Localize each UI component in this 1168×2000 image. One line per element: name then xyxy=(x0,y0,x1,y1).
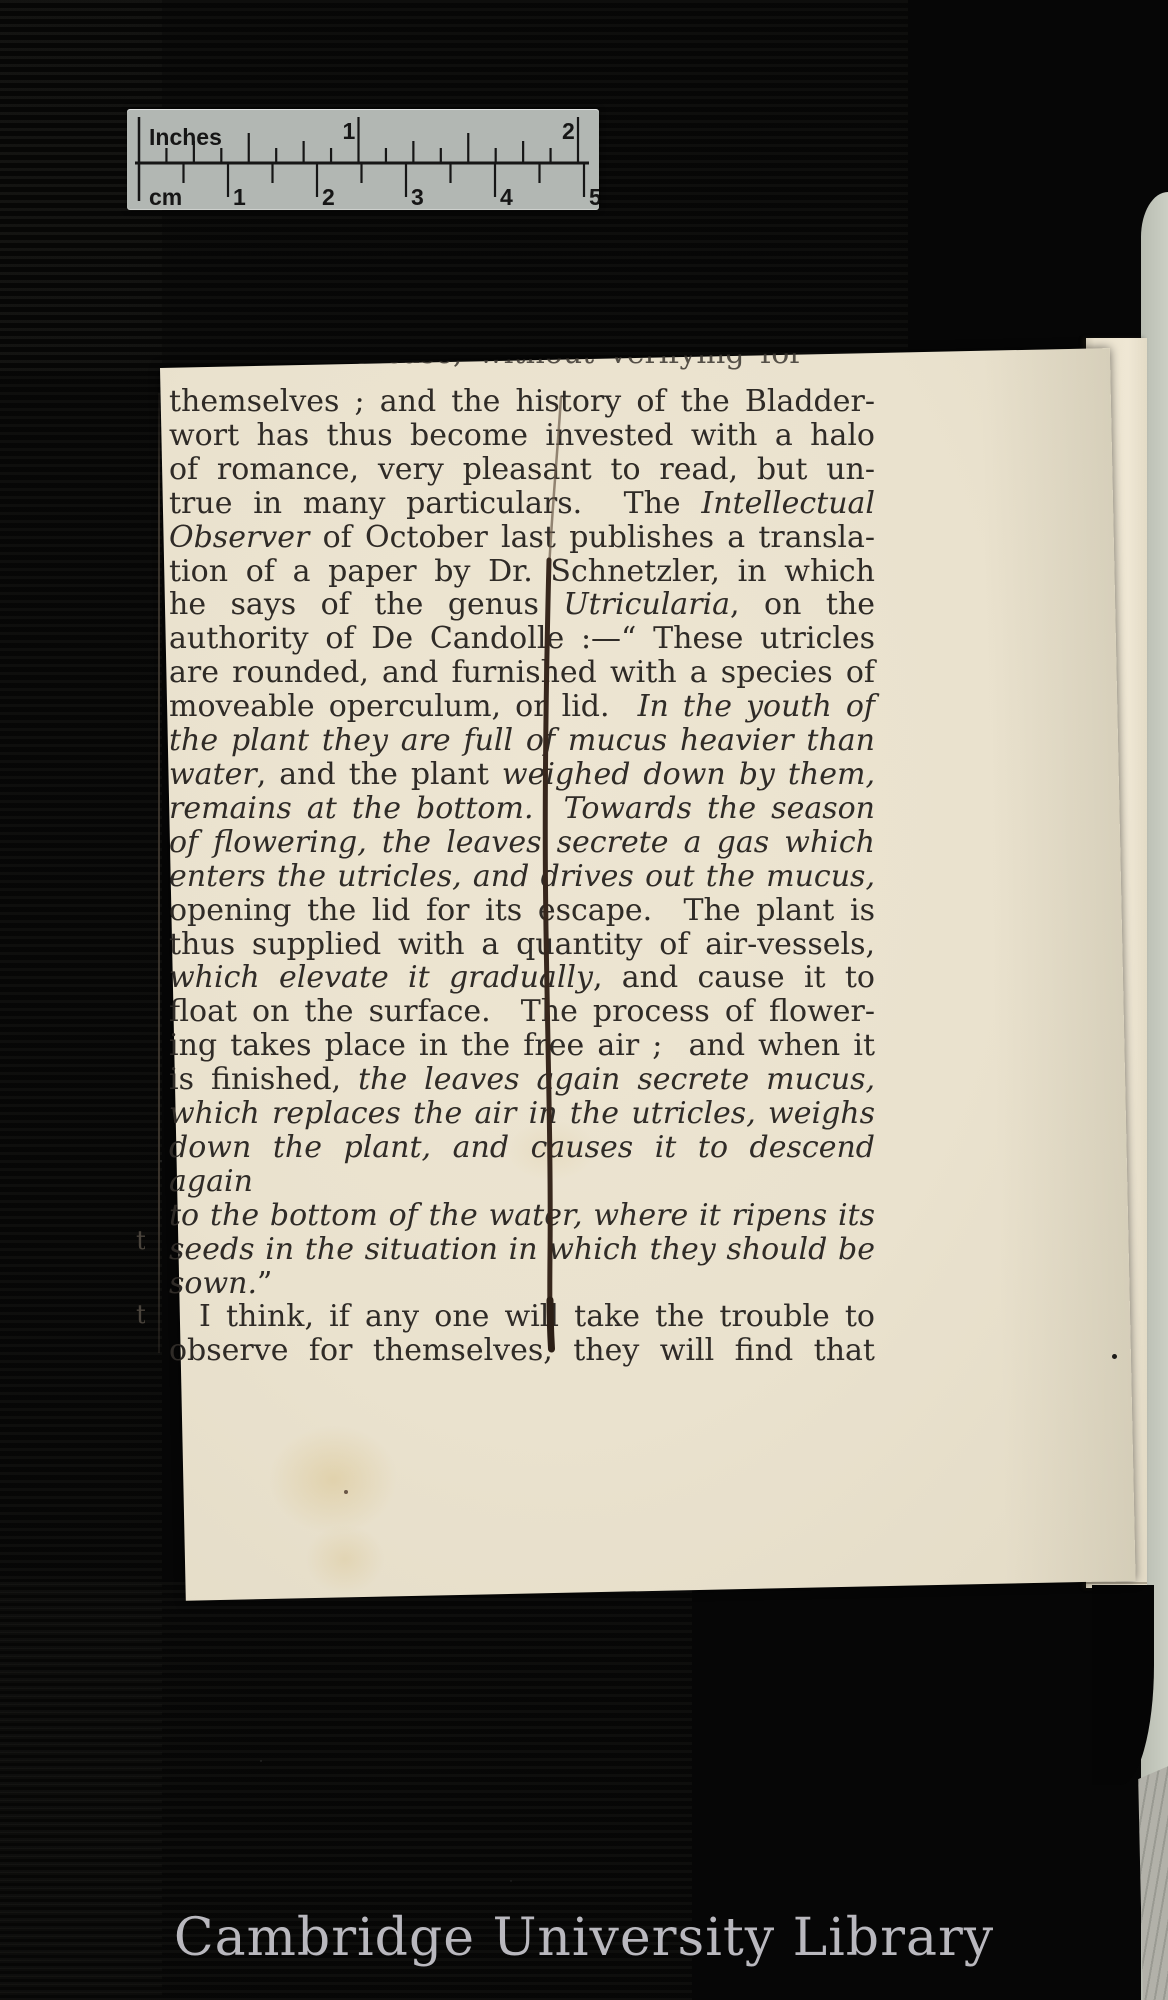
text-line: of flowering, the leaves secrete a gas w… xyxy=(169,826,875,860)
ruler-inches-label: Inches xyxy=(149,124,222,150)
text-line: is finished, the leaves again secrete mu… xyxy=(169,1063,875,1097)
ruler-scale: 1212345 Inches cm xyxy=(127,109,599,210)
text-line: observe for themselves, they will find t… xyxy=(169,1334,875,1368)
svg-text:1: 1 xyxy=(343,118,356,144)
text-line: water, and the plant weighed down by the… xyxy=(169,758,875,792)
text-line: tion of a paper by Dr. Schnetzler, in wh… xyxy=(169,555,875,589)
paper-stain xyxy=(304,1524,385,1596)
text-line: are rounded, and furnished with a specie… xyxy=(169,656,875,690)
text-line: seeds in the situation in which they sho… xyxy=(169,1233,875,1267)
page-right-shading xyxy=(980,348,1136,1583)
svg-text:2: 2 xyxy=(322,184,335,210)
text-line: to the bottom of the water, where it rip… xyxy=(169,1199,875,1233)
stub-seam xyxy=(1086,1582,1147,1584)
text-line: opening the lid for its escape. The plan… xyxy=(169,894,875,928)
text-line: authority of De Candolle :—“ These utric… xyxy=(169,622,875,656)
measurement-ruler: 1212345 Inches cm xyxy=(127,109,599,210)
text-line: down the plant, and causes it to descend… xyxy=(169,1131,875,1199)
text-line: Observer of October last publishes a tra… xyxy=(169,521,875,555)
ink-speck xyxy=(1112,1354,1117,1359)
text-line: which elevate it gradually, and cause it… xyxy=(169,961,875,995)
paper-speck xyxy=(344,1490,348,1494)
paper-stain xyxy=(267,1423,399,1536)
column-rule xyxy=(158,393,160,1353)
text-line: sown.” xyxy=(169,1267,875,1301)
svg-text:1: 1 xyxy=(233,184,246,210)
text-line: I think, if any one will take the troubl… xyxy=(169,1300,875,1334)
text-line: moveable operculum, or lid. In the youth… xyxy=(169,690,875,724)
ruler-cm-label: cm xyxy=(149,184,182,210)
text-line: the plant they are full of mucus heavier… xyxy=(169,724,875,758)
svg-text:5: 5 xyxy=(589,184,599,210)
svg-text:4: 4 xyxy=(500,184,513,210)
margin-letter-fragment: t xyxy=(136,1226,145,1256)
text-line: enters the utricles, and drives out the … xyxy=(169,860,875,894)
text-line: ing takes place in the free air ; and wh… xyxy=(169,1029,875,1063)
text-line: remains at the bottom. Towards the seaso… xyxy=(169,792,875,826)
library-watermark: Cambridge University Library xyxy=(0,1908,1168,1968)
text-line: he says of the genus Utricularia, on the xyxy=(169,588,875,622)
text-line: which replaces the air in the utricles, … xyxy=(169,1097,875,1131)
text-line: of romance, very pleasant to read, but u… xyxy=(169,453,875,487)
photograph-of-library-clipping: too often the case, without verifying fo… xyxy=(0,0,1168,2000)
margin-letter-fragment: t xyxy=(136,1300,145,1330)
text-line: thus supplied with a quantity of air-ves… xyxy=(169,928,875,962)
text-line: float on the surface. The process of flo… xyxy=(169,995,875,1029)
text-line: themselves ; and the history of the Blad… xyxy=(169,385,875,419)
article-text-column: themselves ; and the history of the Blad… xyxy=(169,385,875,1368)
svg-text:3: 3 xyxy=(411,184,424,210)
text-line: true in many particulars. The Intellectu… xyxy=(169,487,875,521)
svg-text:2: 2 xyxy=(562,118,575,144)
text-line: wort has thus become invested with a hal… xyxy=(169,419,875,453)
